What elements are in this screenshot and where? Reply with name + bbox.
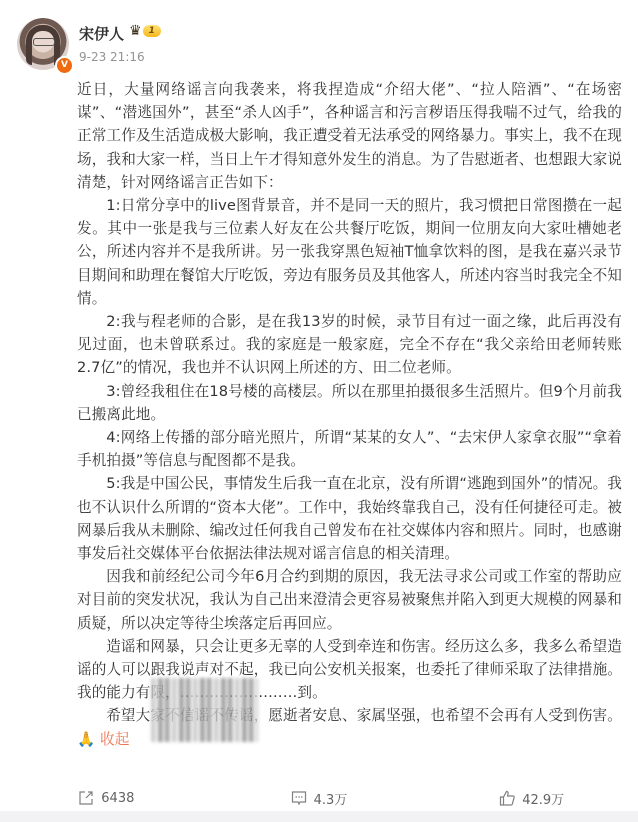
like-count: 42.9万 <box>522 789 564 808</box>
vip-badge[interactable]: ♛ 1 <box>129 23 161 39</box>
collapse-link[interactable]: 收起 <box>100 731 129 748</box>
repost-count: 6438 <box>101 791 134 806</box>
thumbs-up-icon <box>499 790 515 806</box>
post-body: 近日，大量网络谣言向我袭来，将我捏造成“介绍大佬”、“拉人陪酒”、“在场密谋”、… <box>77 78 622 751</box>
verified-badge-icon: V <box>55 56 74 75</box>
paragraph-point-4: 4:网络上传播的部分暗光照片，所谓“某某的女人”、“去宋伊人家拿衣服”“拿着手机… <box>77 426 622 472</box>
paragraph-intro: 近日，大量网络谣言向我袭来，将我捏造成“介绍大佬”、“拉人陪酒”、“在场密谋”、… <box>77 78 622 194</box>
pray-emoji-icon: 🙏 <box>77 731 95 748</box>
author-name[interactable]: 宋伊人 <box>79 23 124 44</box>
paragraph-point-5: 5:我是中国公民，事情发生后我一直在北京，没有所谓“逃跑到国外”的情况。我也不认… <box>77 472 622 565</box>
paragraph-contract: 因我和前经纪公司今年6月合约到期的原因，我无法寻求公司或工作室的帮助应对目前的突… <box>77 565 622 635</box>
blurred-overlay <box>150 678 258 742</box>
crown-icon: ♛ <box>129 23 142 39</box>
paragraph-point-2: 2:我与程老师的合影，是在我13岁的时候，录节目有过一面之缘，此后再没有见过面，… <box>77 310 622 380</box>
vip-level: 1 <box>143 25 161 37</box>
paragraph-point-1: 1:日常分享中的live图背景音，并不是同一天的照片，我习惯把日常图攒在一起发。… <box>77 194 622 310</box>
post-timestamp[interactable]: 9-23 21:16 <box>79 50 145 64</box>
paragraph-point-3: 3:曾经我租住在18号楼的高楼层。所以在那里拍摄很多生活照片。但9个月前我已搬离… <box>77 380 622 426</box>
comment-icon <box>291 790 307 806</box>
post-header: V 宋伊人 ♛ 1 9-23 21:16 <box>17 18 617 78</box>
comment-count: 4.3万 <box>314 789 348 808</box>
card-separator <box>0 811 638 822</box>
share-icon <box>78 790 94 806</box>
avatar-glasses <box>33 38 55 46</box>
